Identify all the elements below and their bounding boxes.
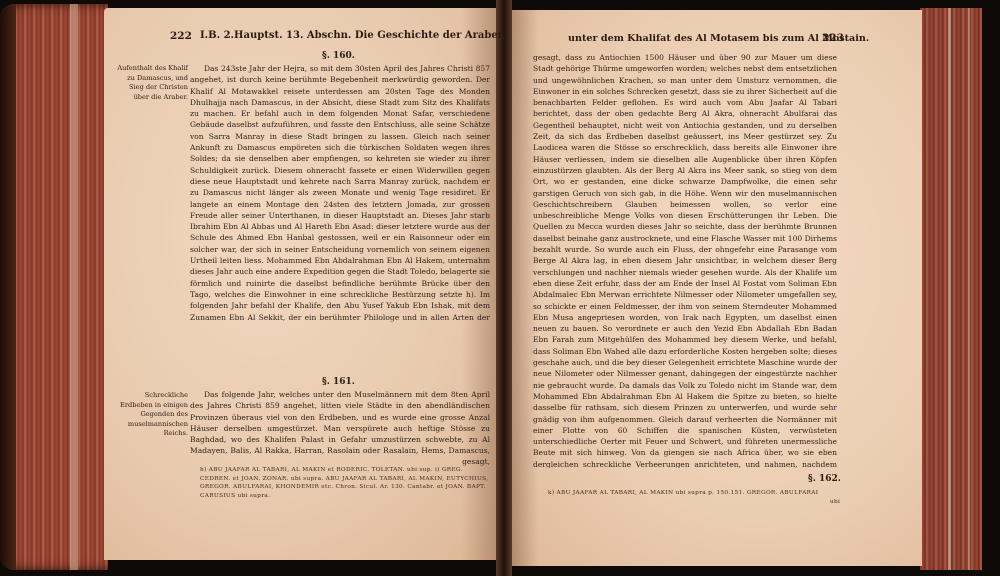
left-page-edges: [0, 4, 108, 570]
right-running-head: unter dem Khalifat des Al Motasem bis zu…: [568, 33, 848, 44]
paragraph-161: Das folgende Jahr, welches unter den Mus…: [190, 389, 490, 457]
left-page-number: 222: [170, 30, 192, 42]
section-160-heading: §. 160.: [322, 51, 355, 61]
right-footnote: k) ABU JAAFAR AL TABARI, AL MAKIN ubi su…: [548, 489, 843, 498]
left-footnotes: h) ABU JAAFAR AL TABARI, AL MAKIN et ROD…: [200, 466, 495, 500]
book-gutter: [496, 0, 512, 576]
right-page-edges: [920, 8, 982, 570]
book-scan: 222 I.B. 2.Hauptst. 13. Abschn. Die Gesc…: [0, 0, 1000, 576]
section-161-heading: §. 161.: [322, 377, 355, 387]
paragraph-right-continuation: gesagt, dass zu Antiochien 1500 Häuser u…: [533, 52, 837, 468]
margin-note-earthquake: Schreckliche Erdbeben in einigen Gegende…: [114, 391, 188, 439]
paragraph-160: Das 243ste Jahr der Hejra, so mit dem 30…: [190, 63, 490, 325]
margin-note-residence: Aufenthalt des Khalif zu Damascus, und S…: [114, 64, 188, 102]
right-catchword: ubi: [830, 498, 840, 507]
section-162-heading: §. 162.: [808, 474, 841, 484]
left-running-head: I.B. 2.Hauptst. 13. Abschn. Die Geschich…: [200, 30, 490, 41]
right-page-number: 223: [822, 32, 844, 44]
